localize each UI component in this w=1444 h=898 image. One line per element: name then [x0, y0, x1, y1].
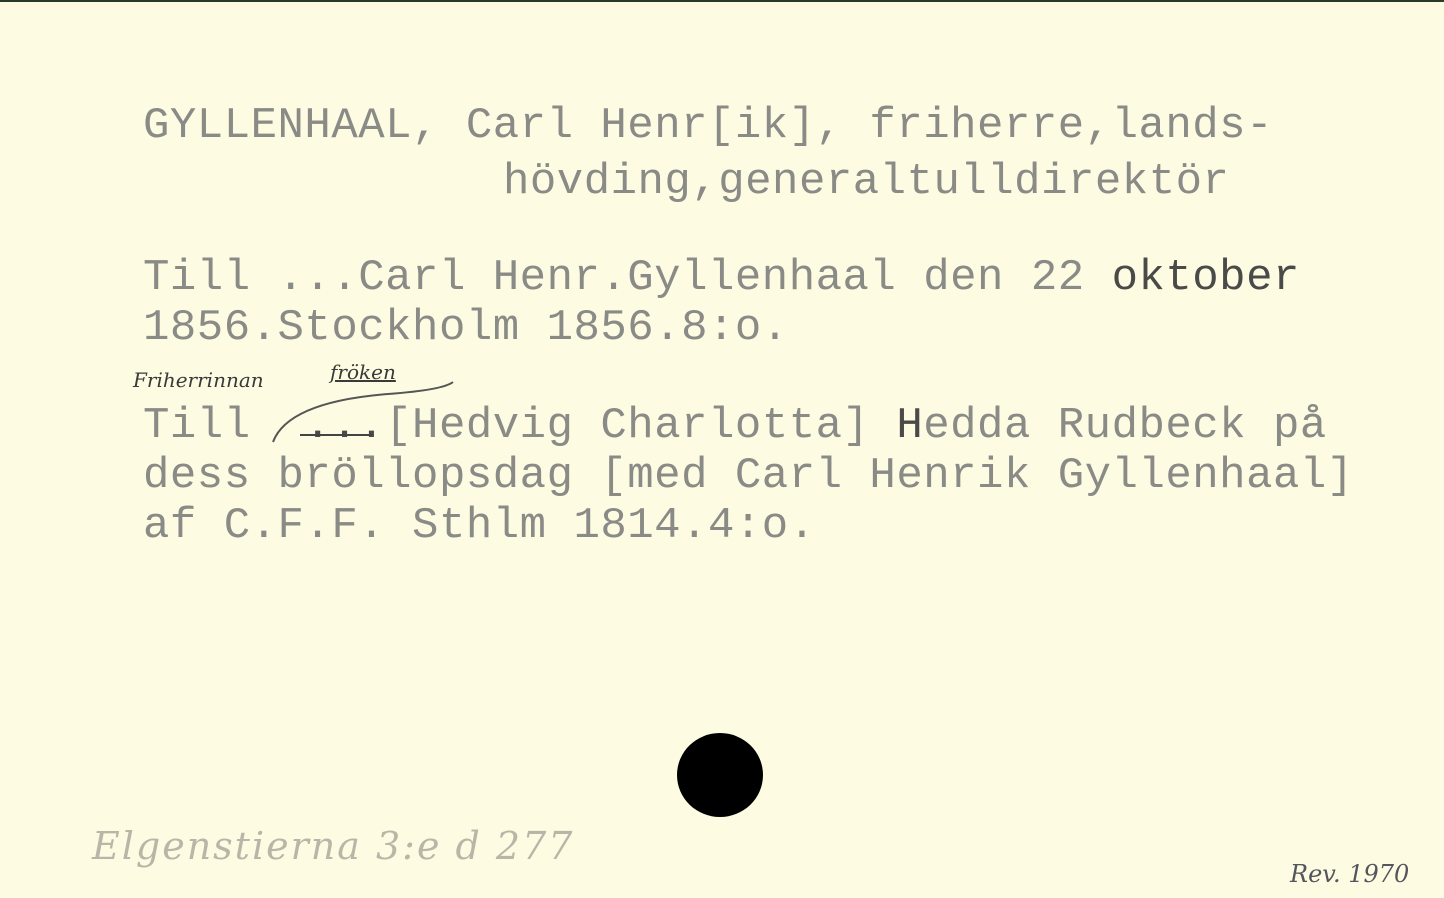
- entry2-corrected-H: H: [896, 401, 923, 451]
- heading-surname: GYLLENHAAL,: [143, 101, 439, 151]
- entry1-line-1: Till ...Carl Henr.Gyllenhaal den 22 okto…: [143, 254, 1300, 302]
- ellipsis-strike-line: [300, 434, 372, 436]
- revision-note: Rev. 1970: [1290, 860, 1409, 888]
- entry1-title-text: Till ...Carl Henr.Gyllenhaal den 22: [143, 253, 1112, 303]
- pencil-reference-note: Elgenstierna 3:e d 277: [92, 824, 574, 868]
- entry2-bracket-names: [Hedvig Charlotta]: [385, 401, 896, 451]
- punch-hole: [677, 733, 763, 817]
- entry2-line-1: Till ...[Hedvig Charlotta] Hedda Rudbeck…: [143, 402, 1327, 450]
- heading-line-2: hövding,generaltulldirektör: [503, 158, 1229, 206]
- entry1-month: oktober: [1112, 253, 1300, 303]
- entry2-line-2: dess bröllopsdag [med Carl Henrik Gyllen…: [143, 452, 1354, 500]
- entry1-line-2: 1856.Stockholm 1856.8:o.: [143, 304, 789, 352]
- catalog-card: GYLLENHAAL, Carl Henr[ik], friherre,land…: [0, 0, 1444, 898]
- handwritten-struck-title: Friherrinnan: [133, 368, 264, 392]
- entry2-name-rest: edda Rudbeck på: [923, 401, 1327, 451]
- heading-given-names-titles: Carl Henr[ik], friherre,lands-: [466, 101, 1273, 151]
- entry2-till: Till: [143, 401, 251, 451]
- entry2-ellipsis: ...: [304, 401, 385, 451]
- heading-line-1: GYLLENHAAL, Carl Henr[ik], friherre,land…: [143, 102, 1273, 150]
- entry2-line-3: af C.F.F. Sthlm 1814.4:o.: [143, 502, 816, 550]
